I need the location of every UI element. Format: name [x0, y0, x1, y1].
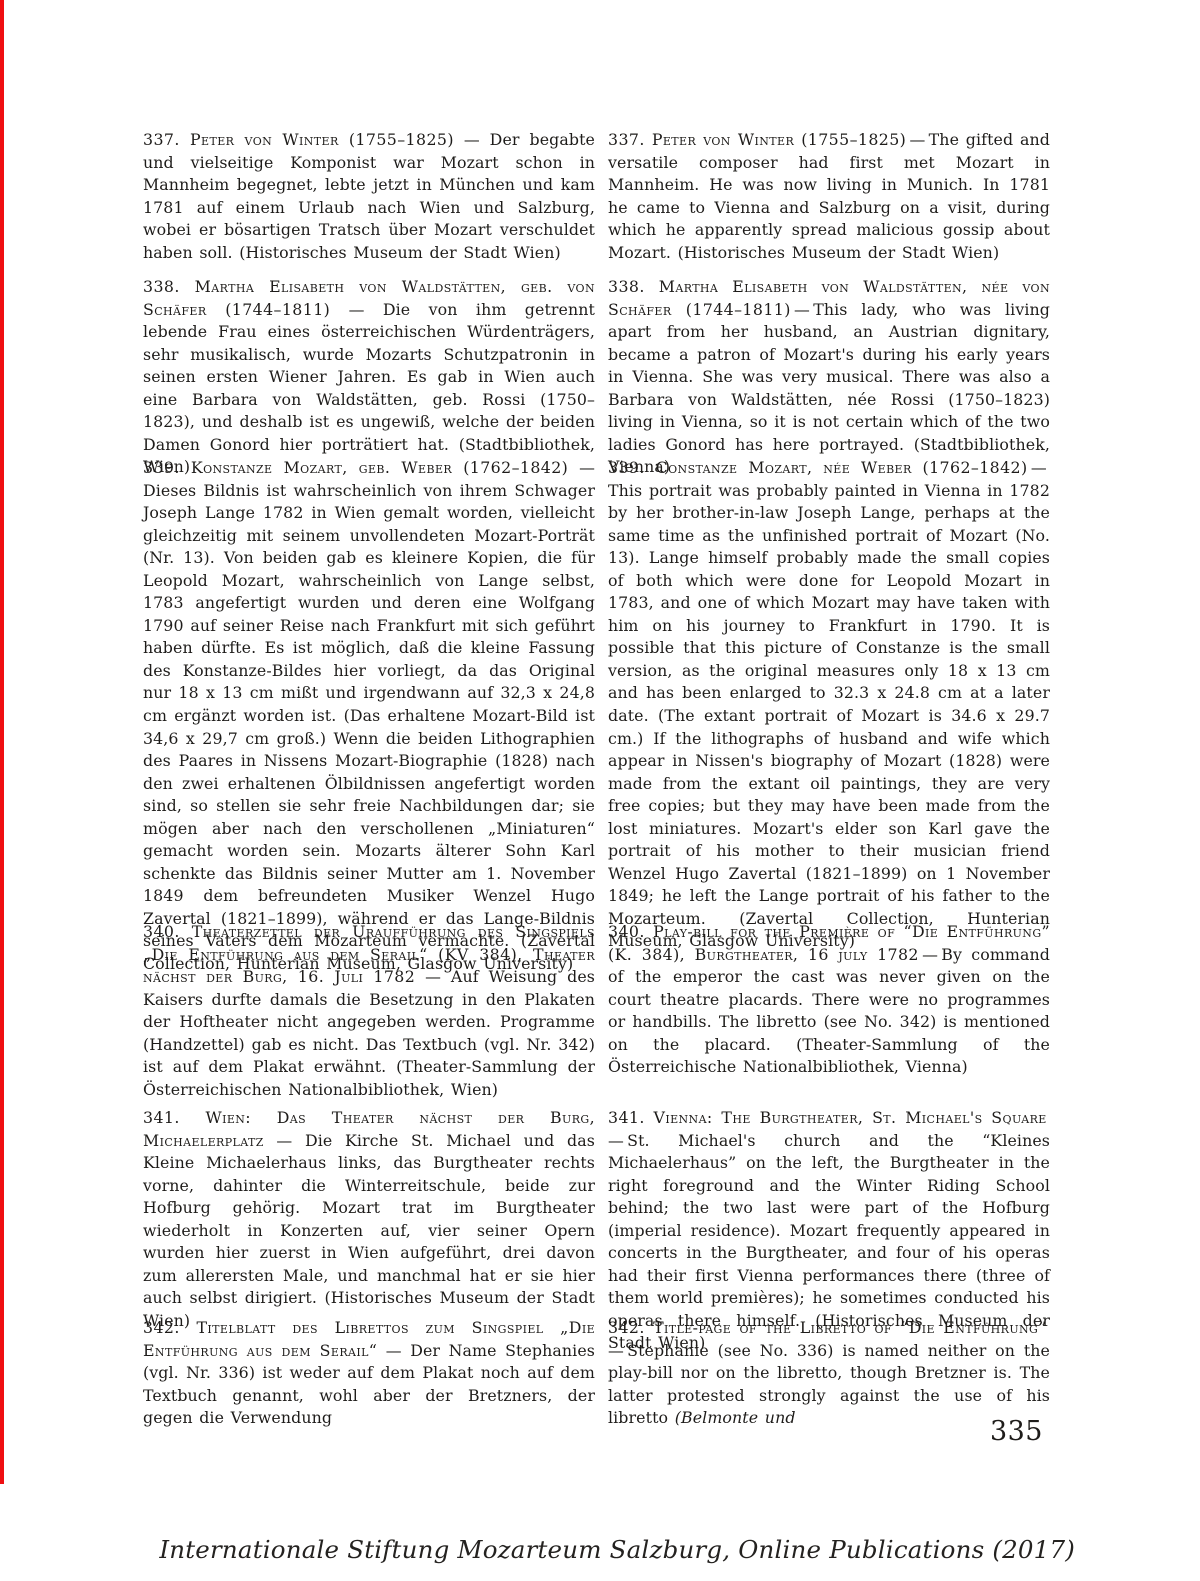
- entry-338-german: 338. Martha Elisabeth von Waldstätten, g…: [143, 276, 595, 479]
- entry-339-english-heading: 339. Constanze Mozart, née Weber (1762–1…: [608, 458, 1028, 477]
- entry-341-english-heading: 341. Vienna: The Burgtheater, St. Michae…: [608, 1108, 1047, 1127]
- entry-339-german: 339. Konstanze Mozart, geb. Weber (1762–…: [143, 457, 595, 976]
- entry-338-german-paragraph: 338. Martha Elisabeth von Waldstätten, g…: [143, 276, 595, 479]
- entry-337-english-body: — The gifted and versatile composer had …: [608, 130, 1050, 262]
- left-edge-scan-mark: [0, 0, 4, 1484]
- entry-339-english-paragraph: 339. Constanze Mozart, née Weber (1762–1…: [608, 457, 1050, 953]
- entry-339-english: 339. Constanze Mozart, née Weber (1762–1…: [608, 457, 1050, 953]
- entry-339-english-body: — This portrait was probably painted in …: [608, 458, 1050, 950]
- entry-338-english-paragraph: 338. Martha Elisabeth von Waldstätten, n…: [608, 276, 1050, 479]
- entry-337-german-body: — Der begabte und vielseitige Komponist …: [143, 130, 595, 262]
- entry-340-german-paragraph: 340. Theaterzettel der Uraufführung des …: [143, 921, 595, 1101]
- entry-340-english-body: — By command of the emperor the cast was…: [608, 945, 1050, 1077]
- entry-340-english-paragraph: 340. Play-bill for the Première of “Die …: [608, 921, 1050, 1079]
- entry-341-german-paragraph: 341. Wien: Das Theater nächst der Burg, …: [143, 1107, 595, 1332]
- book-page: { "page": { "number": "335", "footer": "…: [0, 0, 1200, 1581]
- entry-337-german: 337. Peter von Winter (1755–1825) — Der …: [143, 129, 595, 264]
- entry-338-german-body: — Die von ihm getrennt lebende Frau eine…: [143, 300, 595, 477]
- entry-337-english: 337. Peter von Winter (1755–1825) — The …: [608, 129, 1050, 264]
- entry-342-german: 342. Titelblatt des Librettos zum Singsp…: [143, 1317, 595, 1430]
- entry-342-english: 342. Title-page of the Libretto of “Die …: [608, 1317, 1050, 1430]
- entry-340-german-body: — Auf Weisung des Kaisers durfte damals …: [143, 967, 595, 1099]
- entry-342-english-heading: 342. Title-page of the Libretto of “Die …: [608, 1318, 1047, 1337]
- entry-339-german-body: — Dieses Bildnis ist wahrscheinlich von …: [143, 458, 595, 973]
- entry-341-english-body: — St. Michael's church and the “Kleines …: [608, 1108, 1050, 1352]
- entry-340-german: 340. Theaterzettel der Uraufführung des …: [143, 921, 595, 1101]
- entry-339-german-paragraph: 339. Konstanze Mozart, geb. Weber (1762–…: [143, 457, 595, 976]
- footer-credit: Internationale Stiftung Mozarteum Salzbu…: [0, 1535, 1075, 1564]
- entry-339-german-heading: 339. Konstanze Mozart, geb. Weber (1762–…: [143, 458, 568, 477]
- entry-341-german: 341. Wien: Das Theater nächst der Burg, …: [143, 1107, 595, 1332]
- page-number: 335: [608, 1416, 1043, 1447]
- entry-337-english-paragraph: 337. Peter von Winter (1755–1825) — The …: [608, 129, 1050, 264]
- entry-337-german-heading: 337. Peter von Winter (1755–1825): [143, 130, 454, 149]
- entry-342-german-paragraph: 342. Titelblatt des Librettos zum Singsp…: [143, 1317, 595, 1430]
- entry-340-english: 340. Play-bill for the Première of “Die …: [608, 921, 1050, 1079]
- entry-338-english: 338. Martha Elisabeth von Waldstätten, n…: [608, 276, 1050, 479]
- entry-337-german-paragraph: 337. Peter von Winter (1755–1825) — Der …: [143, 129, 595, 264]
- entry-337-english-heading: 337. Peter von Winter (1755–1825): [608, 130, 906, 149]
- entry-342-english-paragraph: 342. Title-page of the Libretto of “Die …: [608, 1317, 1050, 1430]
- entry-341-german-body: — Die Kirche St. Michael und das Kleine …: [143, 1131, 595, 1330]
- entry-338-english-body: — This lady, who was living apart from h…: [608, 300, 1050, 477]
